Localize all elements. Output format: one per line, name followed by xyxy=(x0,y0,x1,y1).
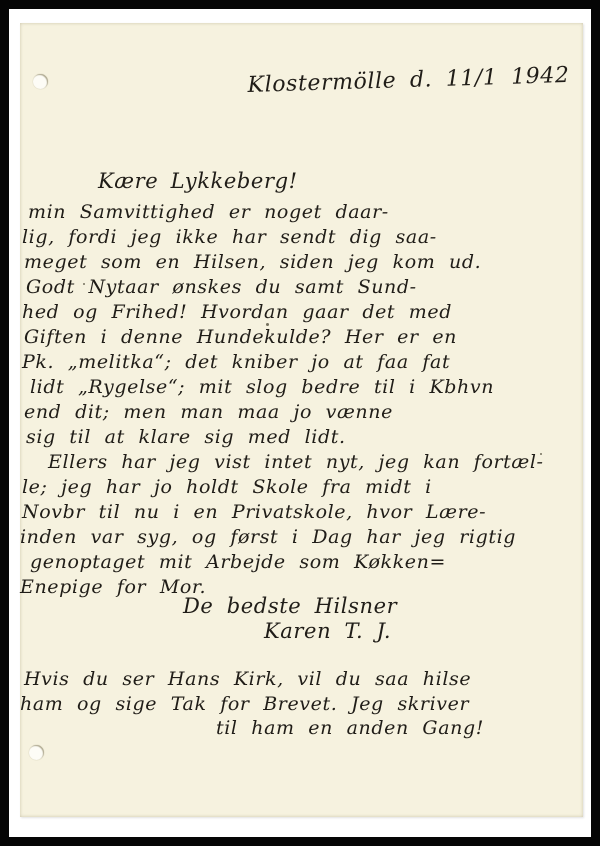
body-line: lig, fordi jeg ikke har sendt dig saa- xyxy=(22,225,437,250)
body-line: lidt „Rygelse“; mit slog bedre til i Kbh… xyxy=(30,375,494,400)
body-line: inden var syg, og først i Dag har jeg ri… xyxy=(20,525,516,550)
letter-salutation: Kære Lykkeberg! xyxy=(98,169,298,193)
scan-speck xyxy=(83,283,85,285)
punch-hole-bottom xyxy=(29,745,44,760)
body-line: hed og Frihed! Hvordan gaar det med xyxy=(22,300,452,325)
postscript-line: ham og sige Tak for Brevet. Jeg skriver xyxy=(20,693,469,715)
body-line: min Samvittighed er noget daar- xyxy=(28,200,389,225)
letter-closing: De bedste Hilsner xyxy=(183,594,397,618)
body-line: Giften i denne Hundekulde? Her er en xyxy=(24,325,457,350)
body-line: end dit; men man maa jo vænne xyxy=(24,400,393,425)
body-line: sig til at klare sig med lidt. xyxy=(26,425,346,450)
punch-hole-top xyxy=(33,74,48,89)
scan-speck xyxy=(540,453,542,455)
body-line: meget som en Hilsen, siden jeg kom ud. xyxy=(24,250,481,275)
letter-dateline: Klostermölle d. 11/1 1942 xyxy=(247,63,570,98)
scanned-letter-page: Klostermölle d. 11/1 1942 Kære Lykkeberg… xyxy=(0,0,600,846)
body-line: Novbr til nu i en Privatskole, hvor Lære… xyxy=(22,500,486,525)
letter-signature: Karen T. J. xyxy=(264,619,391,643)
body-line: le; jeg har jo holdt Skole fra midt i xyxy=(22,475,432,500)
scan-speck xyxy=(266,323,269,326)
postscript-line: til ham en anden Gang! xyxy=(216,717,484,739)
body-line: Pk. „melitka“; det kniber jo at faa fat xyxy=(22,350,450,375)
body-line: Ellers har jeg vist intet nyt, jeg kan f… xyxy=(48,450,544,475)
body-line: Enepige for Mor. xyxy=(20,575,206,600)
letter-paper: Klostermölle d. 11/1 1942 Kære Lykkeberg… xyxy=(20,23,583,817)
body-line: Godt Nytaar ønskes du samt Sund- xyxy=(26,275,417,300)
postscript-line: Hvis du ser Hans Kirk, vil du saa hilse xyxy=(24,668,471,690)
body-line: genoptaget mit Arbejde som Køkken= xyxy=(30,550,446,575)
